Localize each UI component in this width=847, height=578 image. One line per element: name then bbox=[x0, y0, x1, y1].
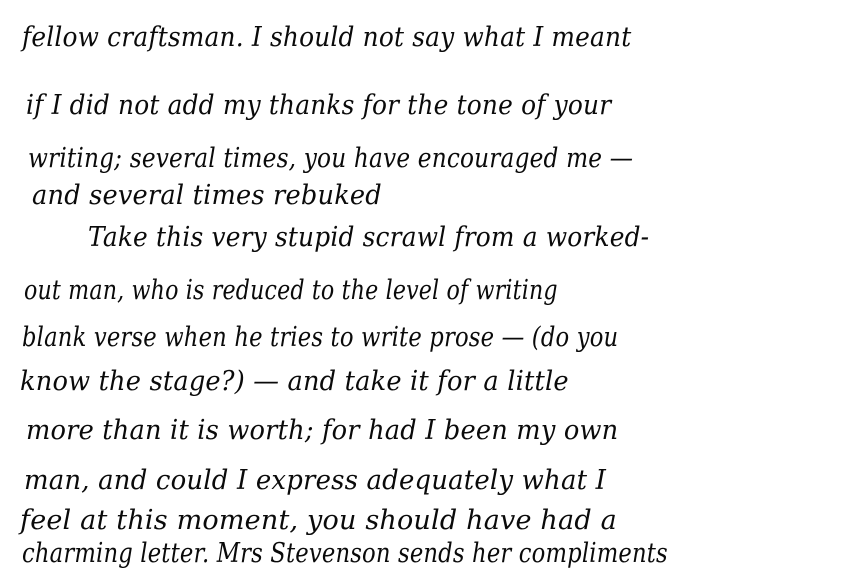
letter-line: out man, who is reduced to the level of … bbox=[24, 275, 558, 306]
letter-page: fellow craftsman. I should not say what … bbox=[0, 0, 847, 578]
letter-line: man, and could I express adequately what… bbox=[24, 465, 606, 496]
letter-line: Take this very stupid scrawl from a work… bbox=[88, 222, 649, 253]
letter-line: blank verse when he tries to write prose… bbox=[22, 322, 618, 353]
letter-line: and several times rebuked bbox=[32, 180, 382, 211]
letter-line: feel at this moment, you should have had… bbox=[20, 505, 617, 536]
letter-line: if I did not add my thanks for the tone … bbox=[26, 90, 611, 121]
letter-line: know the stage?) — and take it for a lit… bbox=[20, 366, 569, 397]
letter-line: fellow craftsman. I should not say what … bbox=[22, 22, 631, 53]
letter-line: charming letter. Mrs Stevenson sends her… bbox=[22, 538, 668, 569]
letter-line: more than it is worth; for had I been my… bbox=[26, 415, 618, 446]
letter-line: writing; several times, you have encoura… bbox=[28, 143, 633, 174]
